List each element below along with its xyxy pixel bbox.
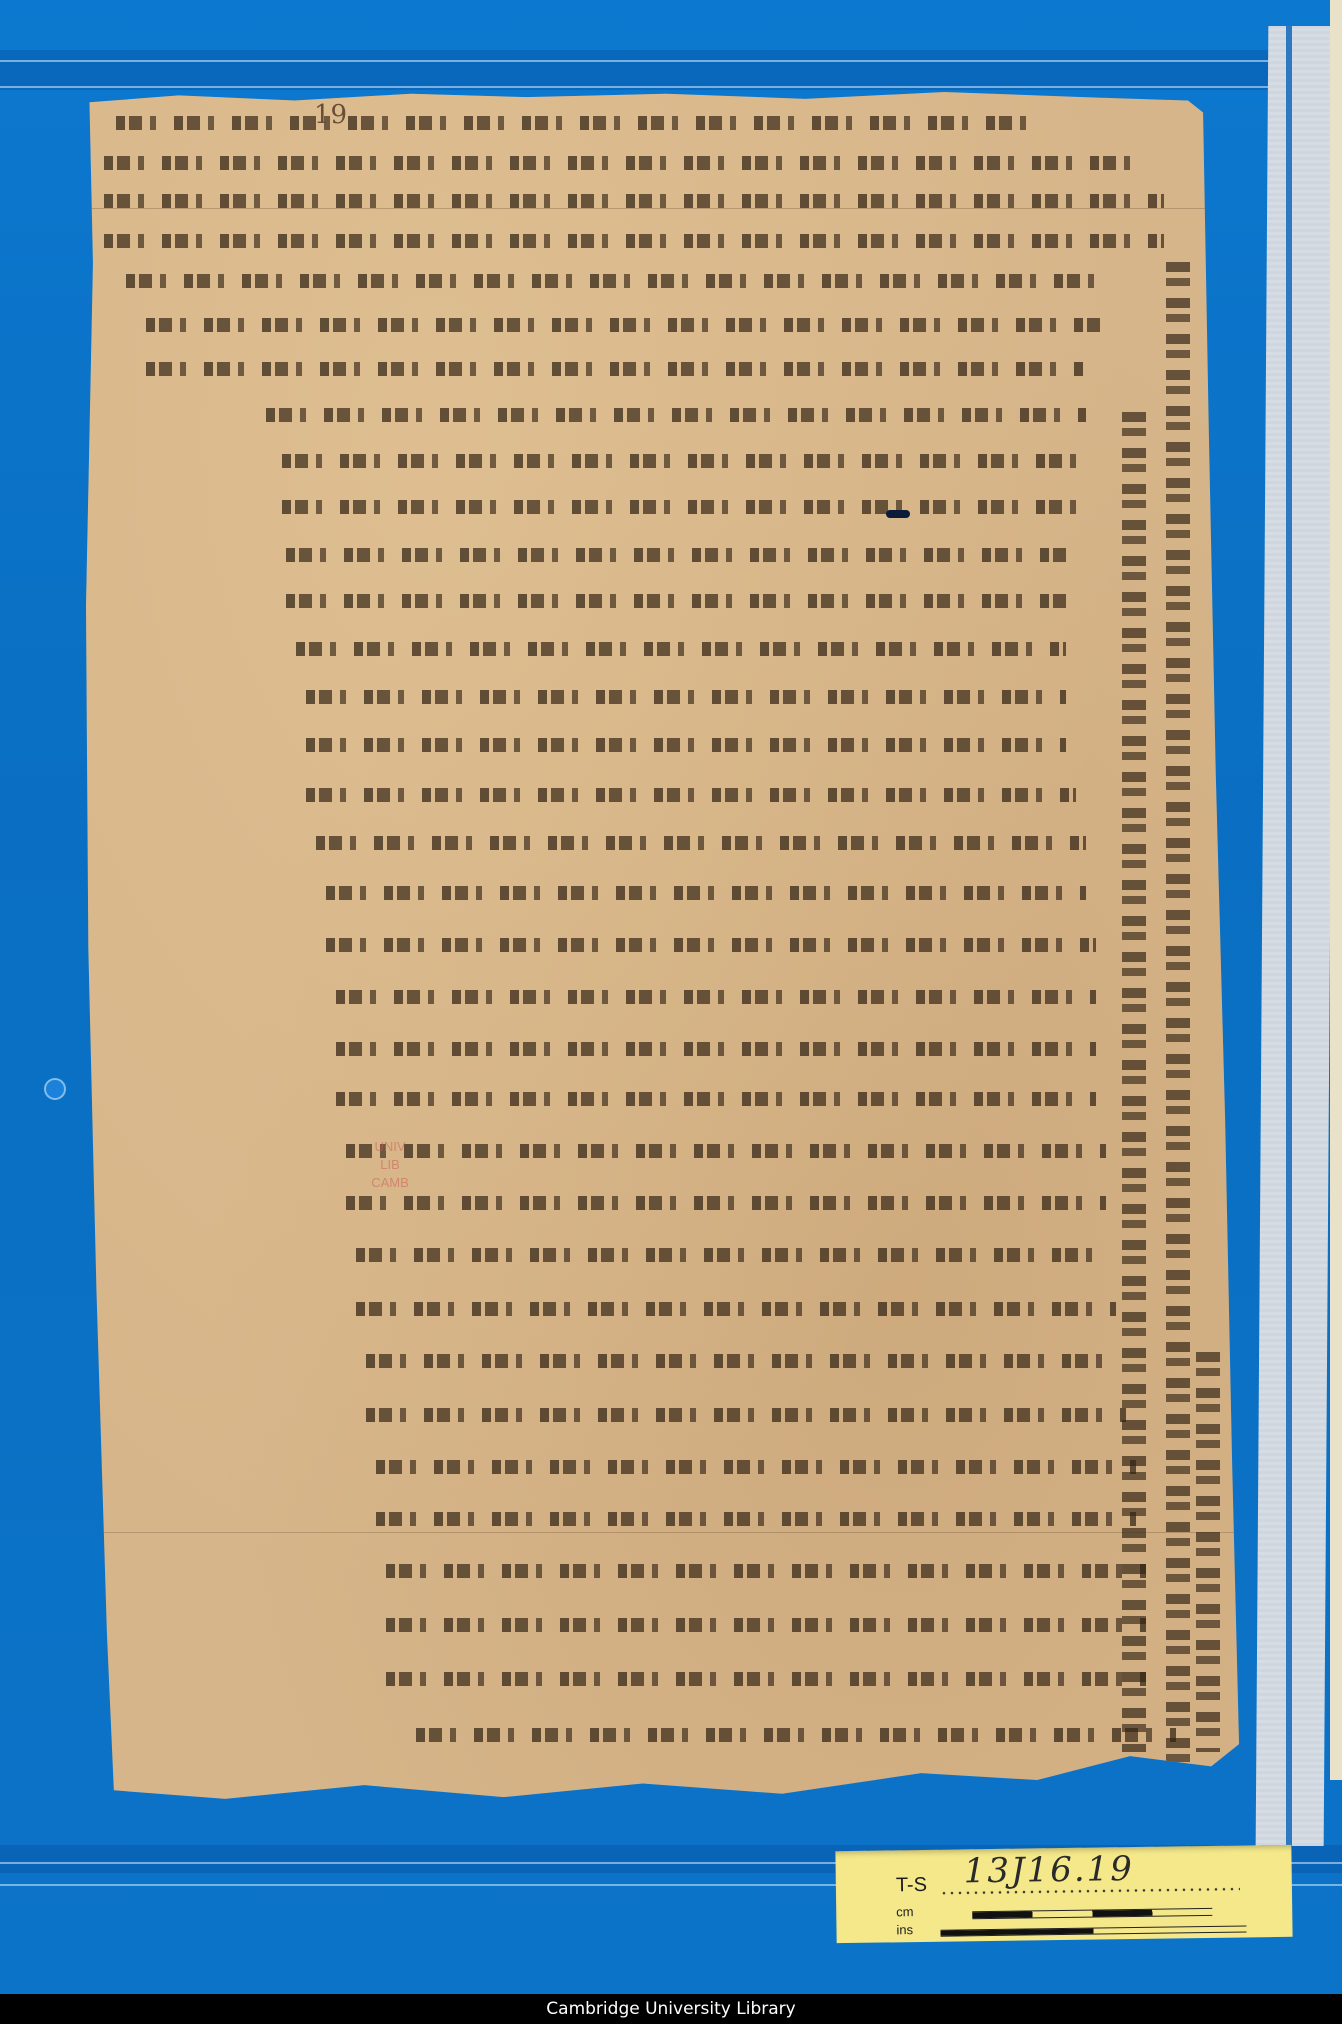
text-line: [326, 880, 1086, 906]
text-line: [336, 1086, 1096, 1112]
shelfmark: 13J16.19: [963, 1849, 1134, 1891]
text-line: [286, 588, 1066, 614]
text-line: [116, 110, 1036, 136]
text-line: [316, 830, 1086, 856]
stamp-line: CAMB: [365, 1174, 415, 1192]
text-line: [296, 636, 1066, 662]
cream-edge: [1330, 0, 1342, 1780]
text-line: [306, 782, 1076, 808]
library-stamp: UNIV LIB CAMB: [365, 1138, 415, 1192]
text-line: [386, 1612, 1146, 1638]
marginal-text-column: [1196, 1352, 1220, 1752]
ink-blot: [886, 510, 910, 518]
text-line: [386, 1666, 1146, 1692]
marginal-text-column: [1122, 412, 1146, 1752]
text-line: [286, 542, 1066, 568]
text-line: [336, 984, 1096, 1010]
text-line: [416, 1722, 1176, 1748]
text-line: [282, 494, 1082, 520]
text-line: [146, 356, 1086, 382]
shelfmark-label: T-S 13J16.19 cm ins: [835, 1845, 1292, 1943]
text-line: [326, 932, 1096, 958]
text-line: [104, 188, 1164, 214]
credit-footer: Cambridge University Library: [0, 1994, 1342, 2024]
scale-bar-ins: [940, 1925, 1246, 1936]
fold-line: [86, 1532, 1246, 1533]
scale-cm-label: cm: [896, 1904, 914, 1919]
manuscript-fragment: [86, 92, 1246, 1804]
sleeve-line-top-1: [0, 60, 1342, 62]
text-line: [346, 1190, 1106, 1216]
text-line: [104, 228, 1164, 254]
grey-strip-blue-line: [1286, 26, 1292, 1846]
text-line: [306, 732, 1066, 758]
sleeve-band-top: [0, 50, 1342, 90]
text-line: [336, 1036, 1096, 1062]
scale-bar-cm: [972, 1908, 1212, 1919]
marginal-text-column: [1166, 262, 1190, 1762]
text-line: [346, 1138, 1106, 1164]
text-line: [146, 312, 1106, 338]
text-line: [126, 268, 1106, 294]
text-line: [356, 1296, 1116, 1322]
stamp-line: UNIV: [365, 1138, 415, 1156]
text-line: [386, 1558, 1146, 1584]
text-line: [366, 1402, 1126, 1428]
text-line: [306, 684, 1066, 710]
text-line: [366, 1348, 1116, 1374]
text-line: [104, 150, 1144, 176]
stamp-line: LIB: [365, 1156, 415, 1174]
scale-ins-label: ins: [896, 1922, 913, 1937]
collection-code: T-S: [896, 1874, 927, 1897]
mount-pin-left: [44, 1078, 66, 1100]
text-line: [266, 402, 1086, 428]
sleeve-line-top-2: [0, 86, 1342, 88]
grey-mount-strip: [1256, 26, 1337, 1846]
text-line: [376, 1506, 1136, 1532]
text-line: [356, 1242, 1106, 1268]
text-line: [376, 1454, 1136, 1480]
folio-number: 19: [314, 100, 347, 130]
text-line: [282, 448, 1082, 474]
